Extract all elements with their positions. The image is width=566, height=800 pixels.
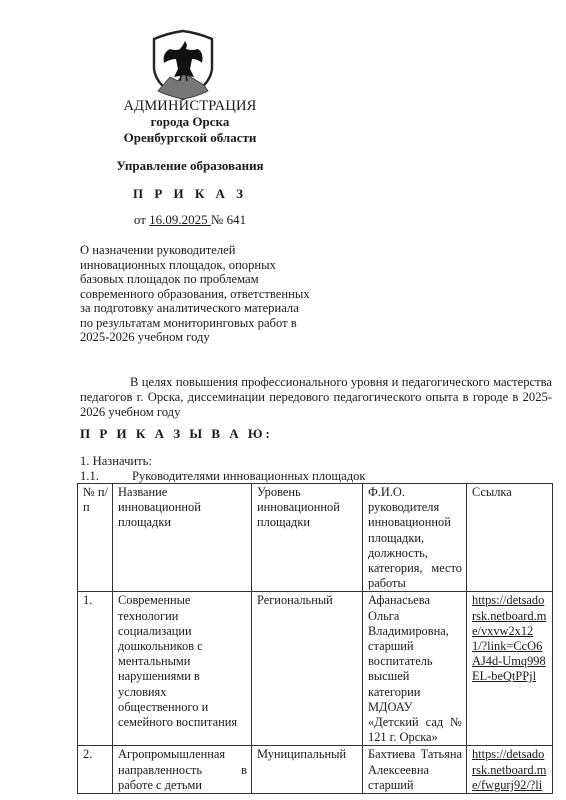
row-person: Афанасьева Ольга Владимировна, старший в… — [363, 592, 467, 746]
org-region: Оренбургской области — [100, 130, 280, 146]
row-name: Агропромышленная направленность в работе… — [118, 747, 247, 793]
order-number: № 641 — [211, 212, 246, 227]
header-name: Название инновационной площадки — [113, 484, 252, 592]
header-num: № п/п — [78, 484, 113, 592]
table-row: 2. Агропромышленная направленность в раб… — [78, 746, 553, 794]
site-link[interactable]: https://detsadorsk.netboard.me/fwgurj92/… — [472, 747, 546, 793]
row-num: 1. — [78, 592, 113, 746]
department-name: Управление образования — [100, 158, 280, 174]
row-person: Бахтиева Татьяна Алексеевна старший — [368, 747, 462, 793]
coat-of-arms-icon — [148, 29, 218, 101]
order-date-number: от 16.09.2025 № 641 — [100, 212, 280, 228]
row-person-cell: Бахтиева Татьяна Алексеевна старший — [363, 746, 467, 794]
org-name: АДМИНИСТРАЦИЯ — [100, 98, 280, 115]
header-person: Ф.И.О. руководителя инновационной площад… — [363, 484, 467, 592]
item-number: 1.1. — [80, 469, 132, 484]
row-link-cell: https://detsadorsk.netboard.me/fwgurj92/… — [467, 746, 553, 794]
row-num: 2. — [78, 746, 113, 794]
order-date: 16.09.2025 — [149, 212, 211, 227]
header-link: Ссылка — [467, 484, 553, 592]
innovation-sites-table: № п/п Название инновационной площадки Ур… — [77, 483, 553, 794]
order-subject: О назначении руководителей инновационных… — [80, 243, 310, 345]
row-level: Муниципальный — [252, 746, 363, 794]
org-city: города Орска — [100, 114, 280, 130]
row-level: Региональный — [252, 592, 363, 746]
row-name: Современные технологии социализации дошк… — [113, 592, 252, 746]
order-prefix: от — [134, 212, 149, 227]
preamble-paragraph: В целях повышения профессионального уров… — [80, 375, 552, 420]
item-text: Руководителями инновационных площадок — [132, 469, 366, 483]
row-link-cell: https://detsadorsk.netboard.me/vxvw2x121… — [467, 592, 553, 746]
row-name-cell: Агропромышленная направленность в работе… — [113, 746, 252, 794]
table-header-row: № п/п Название инновационной площадки Ур… — [78, 484, 553, 592]
item-1-1: 1.1.Руководителями инновационных площадо… — [80, 469, 366, 484]
table-row: 1. Современные технологии социализации д… — [78, 592, 553, 746]
header-level: Уровень инновационной площадки — [252, 484, 363, 592]
site-link[interactable]: https://detsadorsk.netboard.me/vxvw2x121… — [472, 593, 546, 683]
item-1: 1. Назначить: — [80, 454, 152, 469]
decree-heading: П Р И К А З Ы В А Ю: — [80, 426, 273, 442]
doc-type-title: П Р И К А З — [100, 186, 280, 202]
